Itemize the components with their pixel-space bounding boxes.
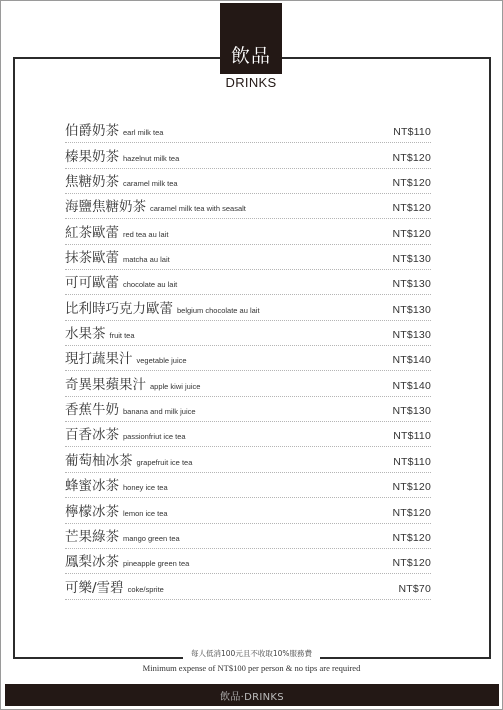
item-name-en: grapefruit ice tea	[137, 458, 193, 472]
item-name-en: caramel milk tea with seasalt	[150, 204, 246, 218]
item-name-en: caramel milk tea	[123, 179, 178, 193]
item-name-zh: 葡萄柚冰茶	[65, 453, 133, 472]
item-name-en: hazelnut milk tea	[123, 154, 179, 168]
title-chinese: 飲品	[231, 41, 271, 68]
item-name-en: vegetable juice	[137, 356, 187, 370]
menu-item: 芒果綠茶mango green teaNT$120	[65, 524, 431, 549]
item-price: NT$130	[392, 253, 431, 265]
item-name-zh: 檸檬冰茶	[65, 504, 119, 523]
item-name-zh: 海鹽焦糖奶茶	[65, 199, 146, 218]
item-price: NT$130	[392, 304, 431, 316]
item-name-en: lemon ice tea	[123, 509, 168, 523]
item-price: NT$70	[398, 583, 431, 595]
item-price: NT$130	[392, 329, 431, 341]
item-name-zh: 水果茶	[65, 326, 106, 345]
minimum-charge-note-zh: 每人低消100元且不收取10%服務費	[183, 648, 320, 659]
item-price: NT$120	[392, 557, 431, 569]
item-price: NT$120	[392, 152, 431, 164]
menu-item: 現打蔬果汁vegetable juiceNT$140	[65, 346, 431, 371]
item-price: NT$140	[392, 354, 431, 366]
footer-label: 飲品·DRINKS	[220, 688, 284, 703]
item-name-en: red tea au lait	[123, 230, 168, 244]
menu-item: 蜂蜜冰茶honey ice teaNT$120	[65, 473, 431, 498]
item-name-zh: 伯爵奶茶	[65, 123, 119, 142]
item-name-zh: 比利時巧克力歐蕾	[65, 301, 173, 320]
menu-item: 奇異果蘋果汁apple kiwi juiceNT$140	[65, 371, 431, 396]
item-price: NT$120	[392, 202, 431, 214]
menu-item: 伯爵奶茶earl milk teaNT$110	[65, 118, 431, 143]
minimum-charge-note-en: Minimum expense of NT$100 per person & n…	[0, 663, 503, 673]
item-name-en: earl milk tea	[123, 128, 163, 142]
item-name-zh: 蜂蜜冰茶	[65, 478, 119, 497]
title-english: DRINKS	[200, 75, 302, 90]
menu-item: 水果茶fruit teaNT$130	[65, 321, 431, 346]
item-name-en: fruit tea	[110, 331, 135, 345]
menu-item: 百香冰茶passionfriut ice teaNT$110	[65, 422, 431, 447]
item-name-en: matcha au lait	[123, 255, 170, 269]
item-price: NT$110	[393, 126, 431, 138]
item-price: NT$110	[393, 456, 431, 468]
item-name-en: banana and milk juice	[123, 407, 196, 421]
menu-item: 檸檬冰茶lemon ice teaNT$120	[65, 498, 431, 523]
item-name-zh: 香蕉牛奶	[65, 402, 119, 421]
item-name-en: apple kiwi juice	[150, 382, 200, 396]
item-price: NT$120	[392, 228, 431, 240]
item-price: NT$120	[392, 532, 431, 544]
item-name-en: pineapple green tea	[123, 559, 189, 573]
item-price: NT$110	[393, 430, 431, 442]
item-name-en: honey ice tea	[123, 483, 168, 497]
item-name-zh: 焦糖奶茶	[65, 174, 119, 193]
item-name-zh: 榛果奶茶	[65, 149, 119, 168]
title-block: 飲品	[220, 3, 282, 74]
item-name-en: passionfriut ice tea	[123, 432, 186, 446]
item-name-zh: 芒果綠茶	[65, 529, 119, 548]
item-name-zh: 可可歐蕾	[65, 275, 119, 294]
menu-item: 海鹽焦糖奶茶caramel milk tea with seasaltNT$12…	[65, 194, 431, 219]
drinks-menu-list: 伯爵奶茶earl milk teaNT$110 榛果奶茶hazelnut mil…	[65, 118, 431, 600]
item-price: NT$120	[392, 177, 431, 189]
item-price: NT$120	[392, 507, 431, 519]
menu-item: 葡萄柚冰茶grapefruit ice teaNT$110	[65, 447, 431, 472]
item-price: NT$130	[392, 405, 431, 417]
menu-item: 焦糖奶茶caramel milk teaNT$120	[65, 169, 431, 194]
item-name-en: chocolate au lait	[123, 280, 177, 294]
item-name-zh: 現打蔬果汁	[65, 351, 133, 370]
menu-item: 可樂/雪碧coke/spriteNT$70	[65, 574, 431, 599]
item-name-en: coke/sprite	[128, 585, 164, 599]
menu-item: 鳳梨冰茶pineapple green teaNT$120	[65, 549, 431, 574]
item-price: NT$130	[392, 278, 431, 290]
item-name-zh: 可樂/雪碧	[65, 580, 124, 599]
menu-item: 可可歐蕾chocolate au laitNT$130	[65, 270, 431, 295]
item-name-zh: 紅茶歐蕾	[65, 225, 119, 244]
footer-bar: 飲品·DRINKS	[5, 684, 499, 706]
menu-item: 香蕉牛奶banana and milk juiceNT$130	[65, 397, 431, 422]
minimum-charge-note-zh-wrap: 每人低消100元且不收取10%服務費	[0, 643, 503, 661]
item-price: NT$140	[392, 380, 431, 392]
item-name-zh: 抹茶歐蕾	[65, 250, 119, 269]
menu-item: 比利時巧克力歐蕾belgium chocolate au laitNT$130	[65, 295, 431, 320]
item-price: NT$120	[392, 481, 431, 493]
menu-item: 抹茶歐蕾matcha au laitNT$130	[65, 245, 431, 270]
item-name-en: mango green tea	[123, 534, 180, 548]
menu-item: 榛果奶茶hazelnut milk teaNT$120	[65, 143, 431, 168]
item-name-zh: 奇異果蘋果汁	[65, 377, 146, 396]
item-name-zh: 百香冰茶	[65, 427, 119, 446]
item-name-en: belgium chocolate au lait	[177, 306, 260, 320]
menu-item: 紅茶歐蕾red tea au laitNT$120	[65, 219, 431, 244]
item-name-zh: 鳳梨冰茶	[65, 554, 119, 573]
